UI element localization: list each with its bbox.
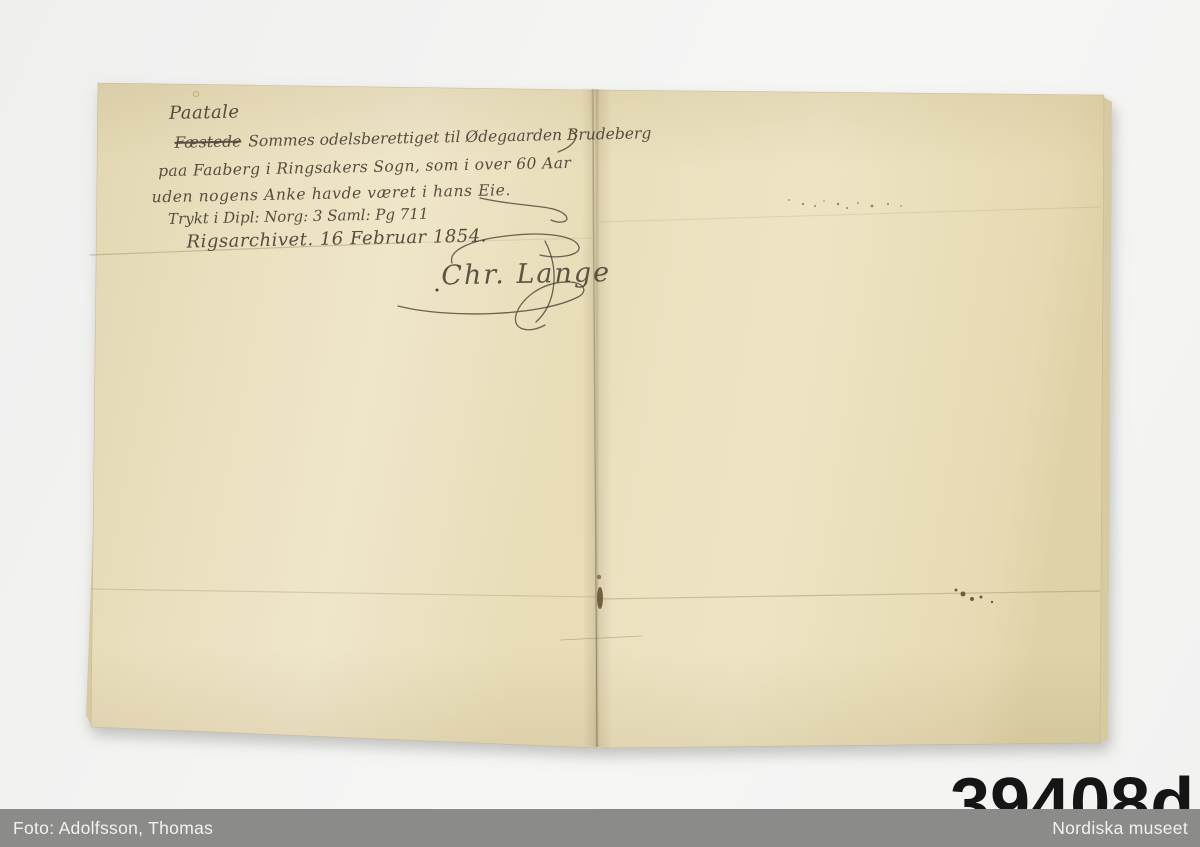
left-page-shading	[91, 83, 597, 748]
document-photo	[0, 0, 1200, 847]
museum-name: Nordiska museet	[1052, 818, 1188, 839]
right-page-shading	[592, 90, 1104, 748]
signature-ink-dot	[436, 289, 439, 292]
photo-stage: Paatale FæstedeSommes odelsberettiget ti…	[0, 0, 1200, 847]
footer-bar: Foto: Adolfsson, Thomas Nordiska museet	[0, 809, 1200, 847]
paper-hole	[193, 92, 199, 97]
center-fold-shadow	[582, 88, 612, 748]
photo-credit: Foto: Adolfsson, Thomas	[13, 818, 213, 839]
